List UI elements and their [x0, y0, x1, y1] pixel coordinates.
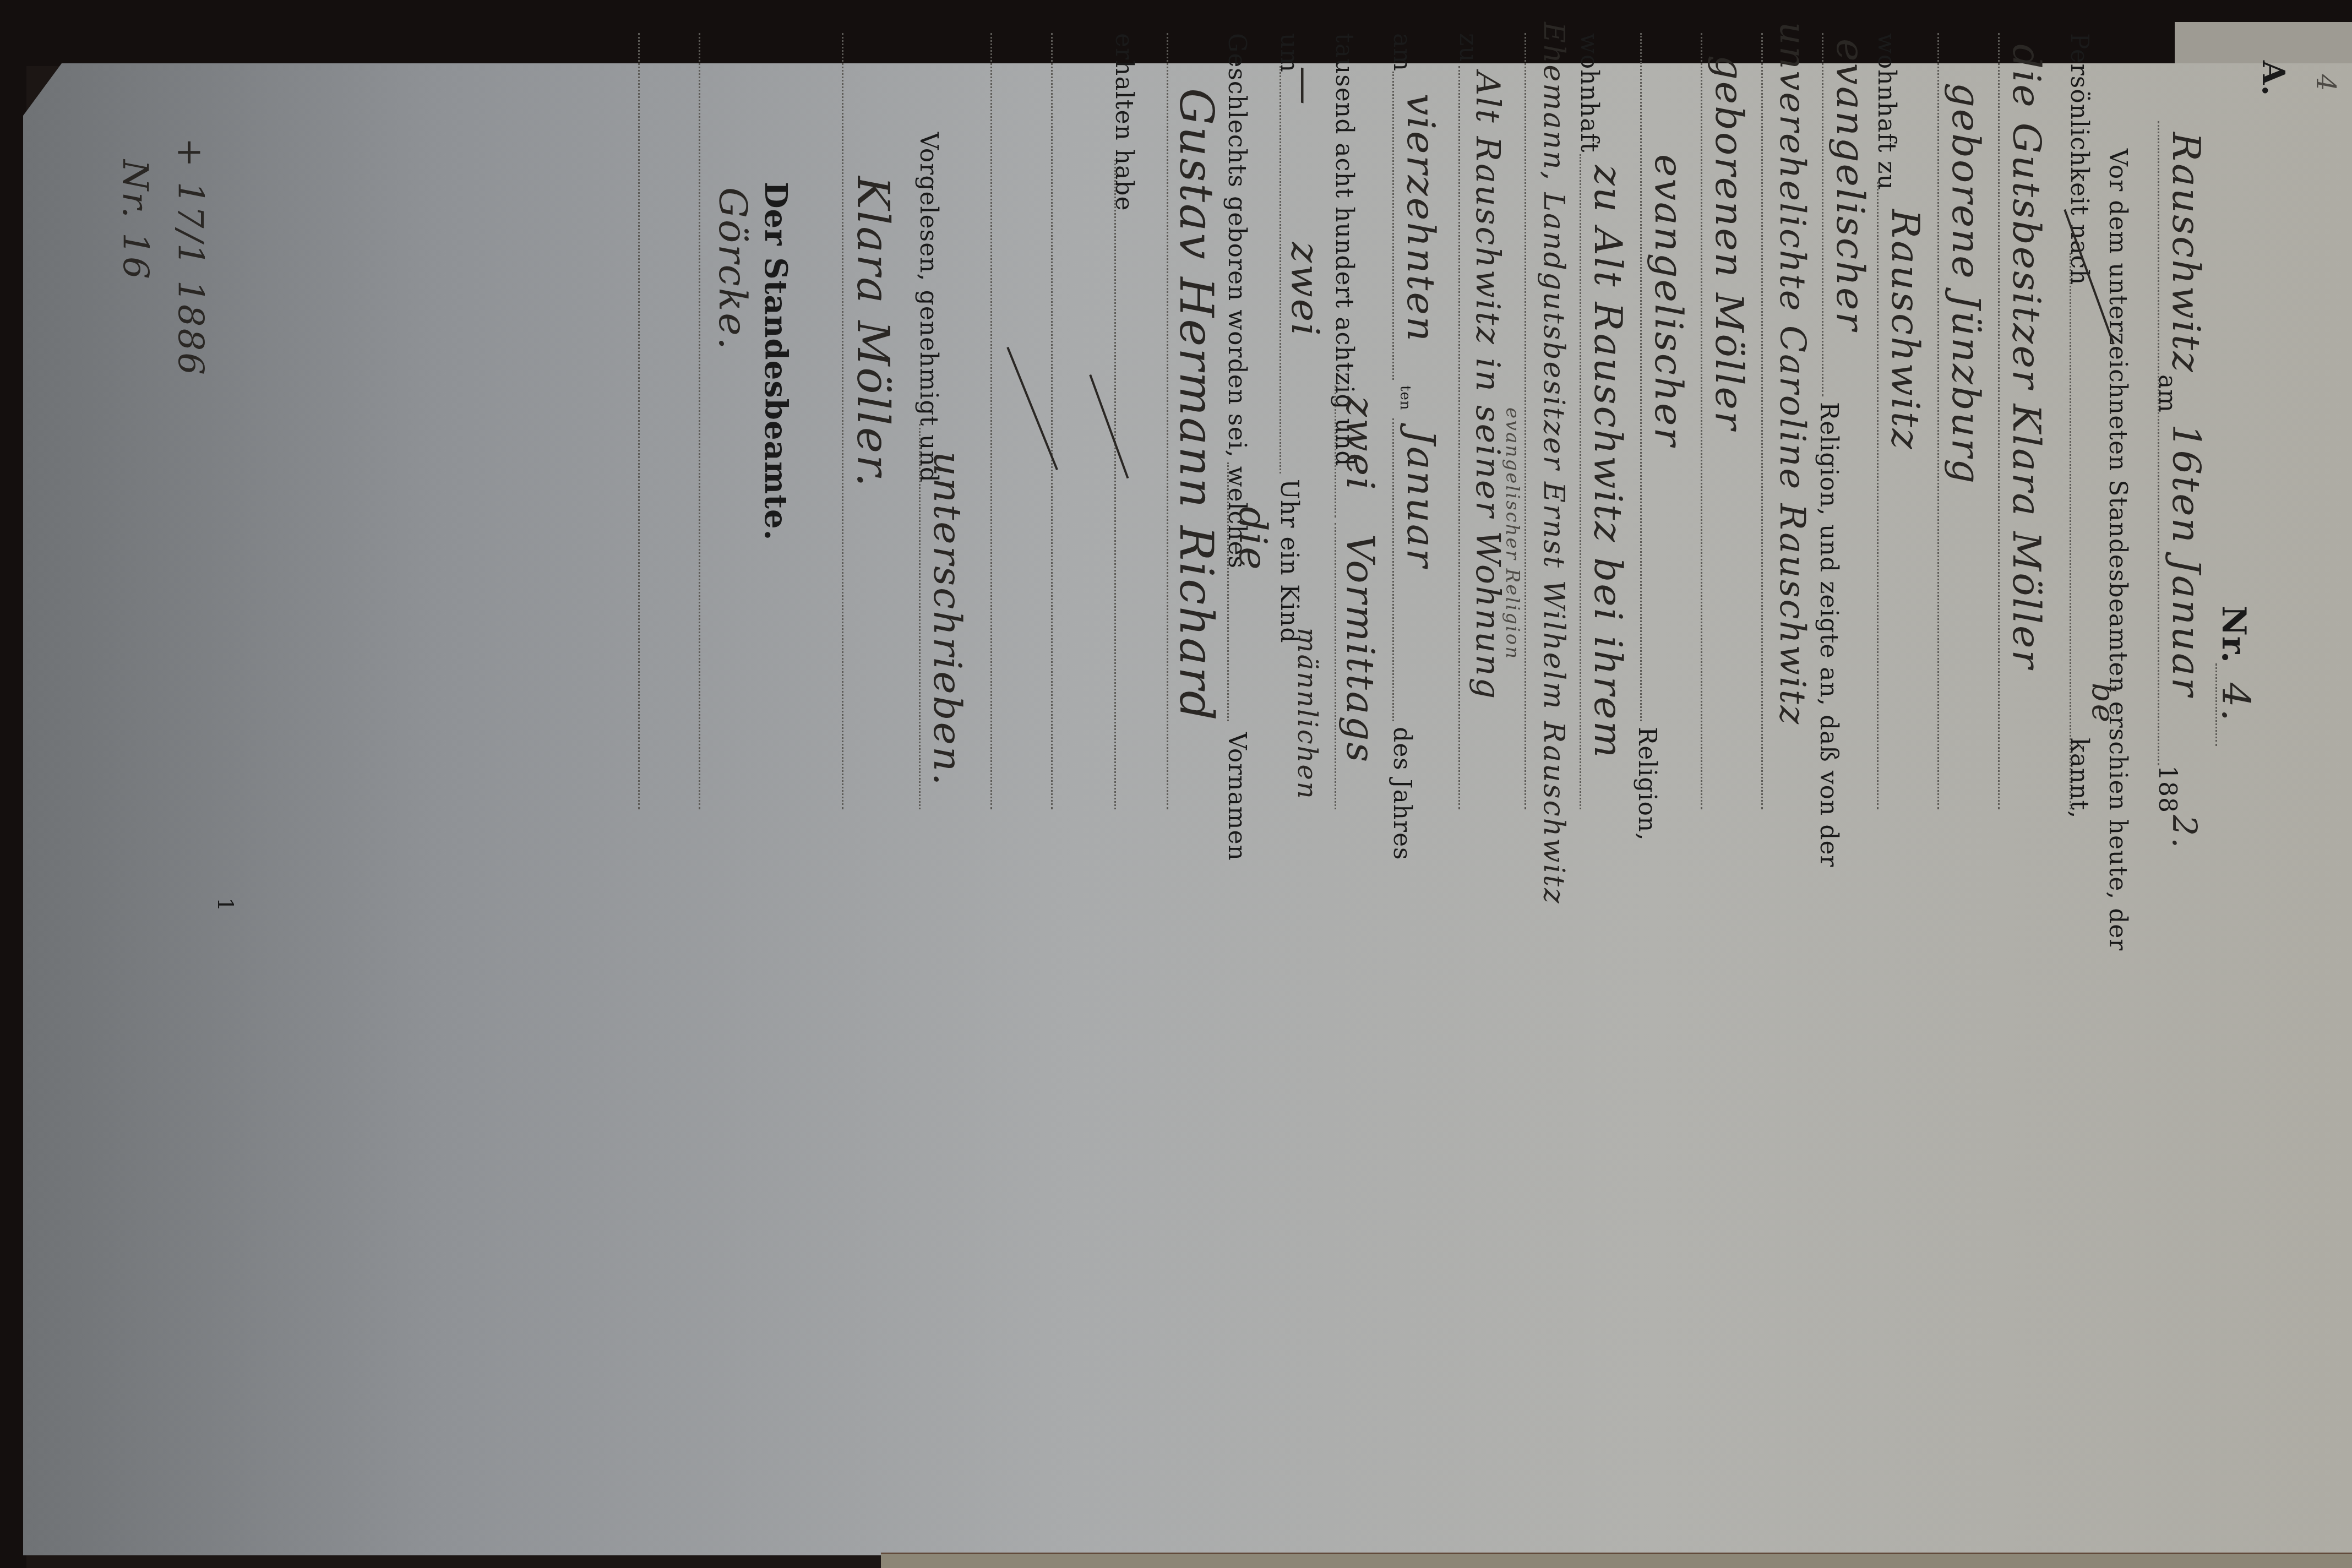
- mother-line: [1761, 33, 1763, 809]
- hour-value: zwei: [1283, 242, 1328, 337]
- person-line-1: [1998, 33, 2000, 809]
- mother-line-2-value: geborenen Möller: [1707, 55, 1752, 431]
- sex-value: männlichen: [1292, 628, 1322, 801]
- welches-line: [1227, 462, 1229, 721]
- residence-line: [1877, 182, 1879, 809]
- approved-line: [919, 424, 921, 809]
- hour-line: [1280, 66, 1281, 473]
- religion-line-1: [1822, 33, 1823, 396]
- residence2-value: zu Alt Rauschwitz bei ihrem: [1586, 165, 1631, 759]
- year-prefix: 188: [2153, 765, 2181, 813]
- signature-informant: Klara Möller.: [847, 176, 899, 488]
- form-letter: A.: [2255, 61, 2291, 96]
- margin-note-number: Nr. 16: [115, 160, 155, 281]
- background-left: [0, 0, 26, 1568]
- time-value: Vormittags: [1338, 534, 1383, 764]
- person-name-1: die Gutsbesitzer Klara Möller: [2004, 44, 2049, 670]
- page-bottom-edge: [881, 1553, 2352, 1568]
- father-line: [1525, 33, 1526, 809]
- birth-day-suffix: ten: [1397, 385, 1413, 411]
- religion-value-2: evangelischer: [1646, 154, 1691, 448]
- vornamen-label: Vornamen: [1223, 732, 1251, 861]
- mother-line-2: [1701, 33, 1702, 809]
- year-word-line: [1335, 385, 1336, 518]
- religion-line-2: [1640, 33, 1642, 721]
- identity-line: [2070, 253, 2071, 809]
- religion-value-1: evangelischer: [1828, 39, 1873, 332]
- religion-label-2: Religion,: [1633, 727, 1661, 841]
- place-value: Rauschwitz: [2164, 132, 2209, 374]
- person-name-2: geborene Jünzburg: [1943, 83, 1989, 485]
- place-line-label: zu: [1454, 33, 1482, 63]
- hour-strike: —: [1283, 66, 1328, 106]
- year-suffix: 2.: [2165, 815, 2203, 850]
- birth-month-value: Januar: [1398, 429, 1444, 569]
- birth-register-form: A. 4 Nr. 4. Rauschwitz am 16ten Januar 1…: [260, 22, 2352, 1453]
- nr-label: Nr.: [2214, 606, 2253, 663]
- blank-line-3: [638, 33, 640, 809]
- margin-note-date: + 17/1 1886: [170, 138, 210, 377]
- erhalten-line: [1114, 160, 1116, 809]
- identity-suffix: kannt,: [2065, 738, 2093, 819]
- intro-text: Vor dem unterzeichneten Standesbeamten e…: [2104, 149, 2132, 951]
- residence-label: wohnhaft zu: [1872, 33, 1901, 190]
- welches-value: die: [1231, 507, 1276, 571]
- residence-value: Rauschwitz: [1883, 209, 1928, 451]
- approved-value: unterschrieben.: [925, 451, 970, 787]
- uhr-label: Uhr ein Kind: [1275, 479, 1303, 643]
- blank-line-2: [990, 33, 992, 809]
- residence2-line: [1580, 154, 1581, 809]
- father-value: Ehemann, Landgutsbesitzer Ernst Wilhelm …: [1537, 22, 1570, 905]
- signature-official: Görcke.: [710, 187, 755, 351]
- place-date-line: [2158, 121, 2159, 765]
- signature-informant-line: [842, 33, 843, 809]
- place-line-value: Alt Rauschwitz in seiner Wohnung: [1468, 72, 1507, 700]
- birth-day-label: am: [1388, 33, 1416, 72]
- page-number: 1: [213, 897, 238, 912]
- blank-line-1: [1051, 33, 1053, 809]
- nr-value: 4.: [2213, 683, 2258, 723]
- child-names: Gustav Hermann Richard: [1169, 88, 1223, 722]
- erhalten-strike: [1089, 374, 1129, 478]
- corner-number: 4: [2310, 74, 2341, 93]
- signature-official-line: [699, 33, 700, 809]
- official-title: Der Standesbeamte.: [758, 182, 794, 541]
- birth-month-line: [1392, 418, 1394, 721]
- time-line: [1335, 523, 1336, 809]
- birth-day-line: [1392, 72, 1394, 380]
- religion-label-1: Religion, und zeigte an, daß von der: [1815, 402, 1843, 868]
- identity-suffix-hand: be: [2085, 683, 2121, 724]
- child-names-line: [1167, 33, 1168, 809]
- date-value: 16ten Januar: [2164, 424, 2209, 698]
- place-line: [1458, 66, 1460, 809]
- residence2-label: wohnhaft: [1575, 33, 1603, 153]
- mother-value: unverehelichte Caroline Rauschwitz: [1772, 22, 1812, 726]
- am-label: am: [2153, 374, 2181, 413]
- person-line-2: [1937, 33, 1939, 809]
- year-value: zwei: [1338, 396, 1383, 492]
- birth-year-label: des Jahres: [1388, 727, 1416, 861]
- blank-strike: [1006, 347, 1058, 470]
- birth-day-value: vierzehnten: [1398, 94, 1444, 343]
